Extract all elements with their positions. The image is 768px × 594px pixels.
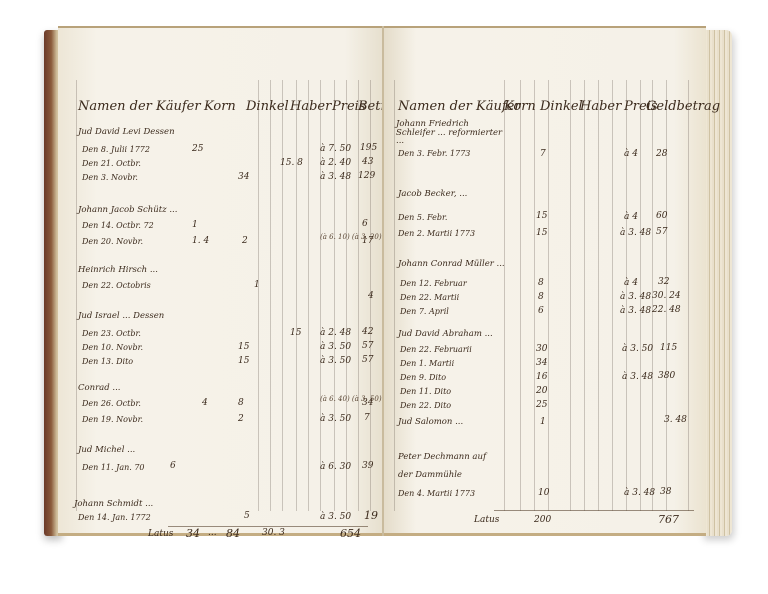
header-haber: Haber: [580, 100, 621, 113]
open-ledger-book: Namen der Käufer Korn Dinkel Haber Preis…: [44, 26, 732, 540]
entry-name: Heinrich Hirsch ...: [78, 266, 158, 275]
entry-name: Jud Salomon ...: [398, 418, 463, 427]
entry-name: Johann Jacob Schütz ...: [78, 206, 177, 215]
total-betrag: 654: [340, 528, 361, 539]
entry-name: Jud Israel ... Dessen: [78, 312, 164, 321]
header-haber: Haber: [290, 100, 331, 113]
total-dinkel: 84: [226, 528, 240, 539]
right-page: Namen der Käufer Korn Dinkel Haber Preis…: [384, 26, 706, 536]
latus-label: Latus: [474, 516, 499, 525]
header-korn: Korn: [204, 100, 236, 113]
entry-name: Jud David Abraham ...: [398, 330, 493, 339]
total-korn: 34: [186, 528, 200, 539]
header-namen: Namen der Käufer: [398, 100, 521, 113]
entry-name: Conrad ...: [78, 384, 120, 393]
total-betrag: 767: [658, 514, 679, 525]
entry-name: Jacob Becker, ...: [398, 190, 467, 199]
entry-name: Johann Friedrich Schleifer ... reformier…: [396, 120, 506, 146]
total-haber: 30. 3: [262, 529, 285, 538]
left-page: Namen der Käufer Korn Dinkel Haber Preis…: [58, 26, 384, 536]
entry-name: Johann Schmidt ...: [74, 500, 153, 509]
header-geldbetrag: Geldbetrag: [646, 100, 720, 113]
header-namen: Namen der Käufer: [78, 100, 201, 113]
entry-name: Jud David Levi Dessen: [78, 128, 175, 137]
total-dinkel: 200: [534, 516, 551, 525]
header-dinkel: Dinkel: [246, 100, 289, 113]
entry-name: Peter Dechmann auf der Dammühle: [398, 448, 498, 484]
entry-name: Johann Conrad Müller ...: [398, 260, 505, 269]
entry-name: Jud Michel ...: [78, 446, 135, 455]
latus-label: Latus: [148, 530, 173, 539]
header-korn: Korn: [504, 100, 536, 113]
header-dinkel: Dinkel: [540, 100, 583, 113]
